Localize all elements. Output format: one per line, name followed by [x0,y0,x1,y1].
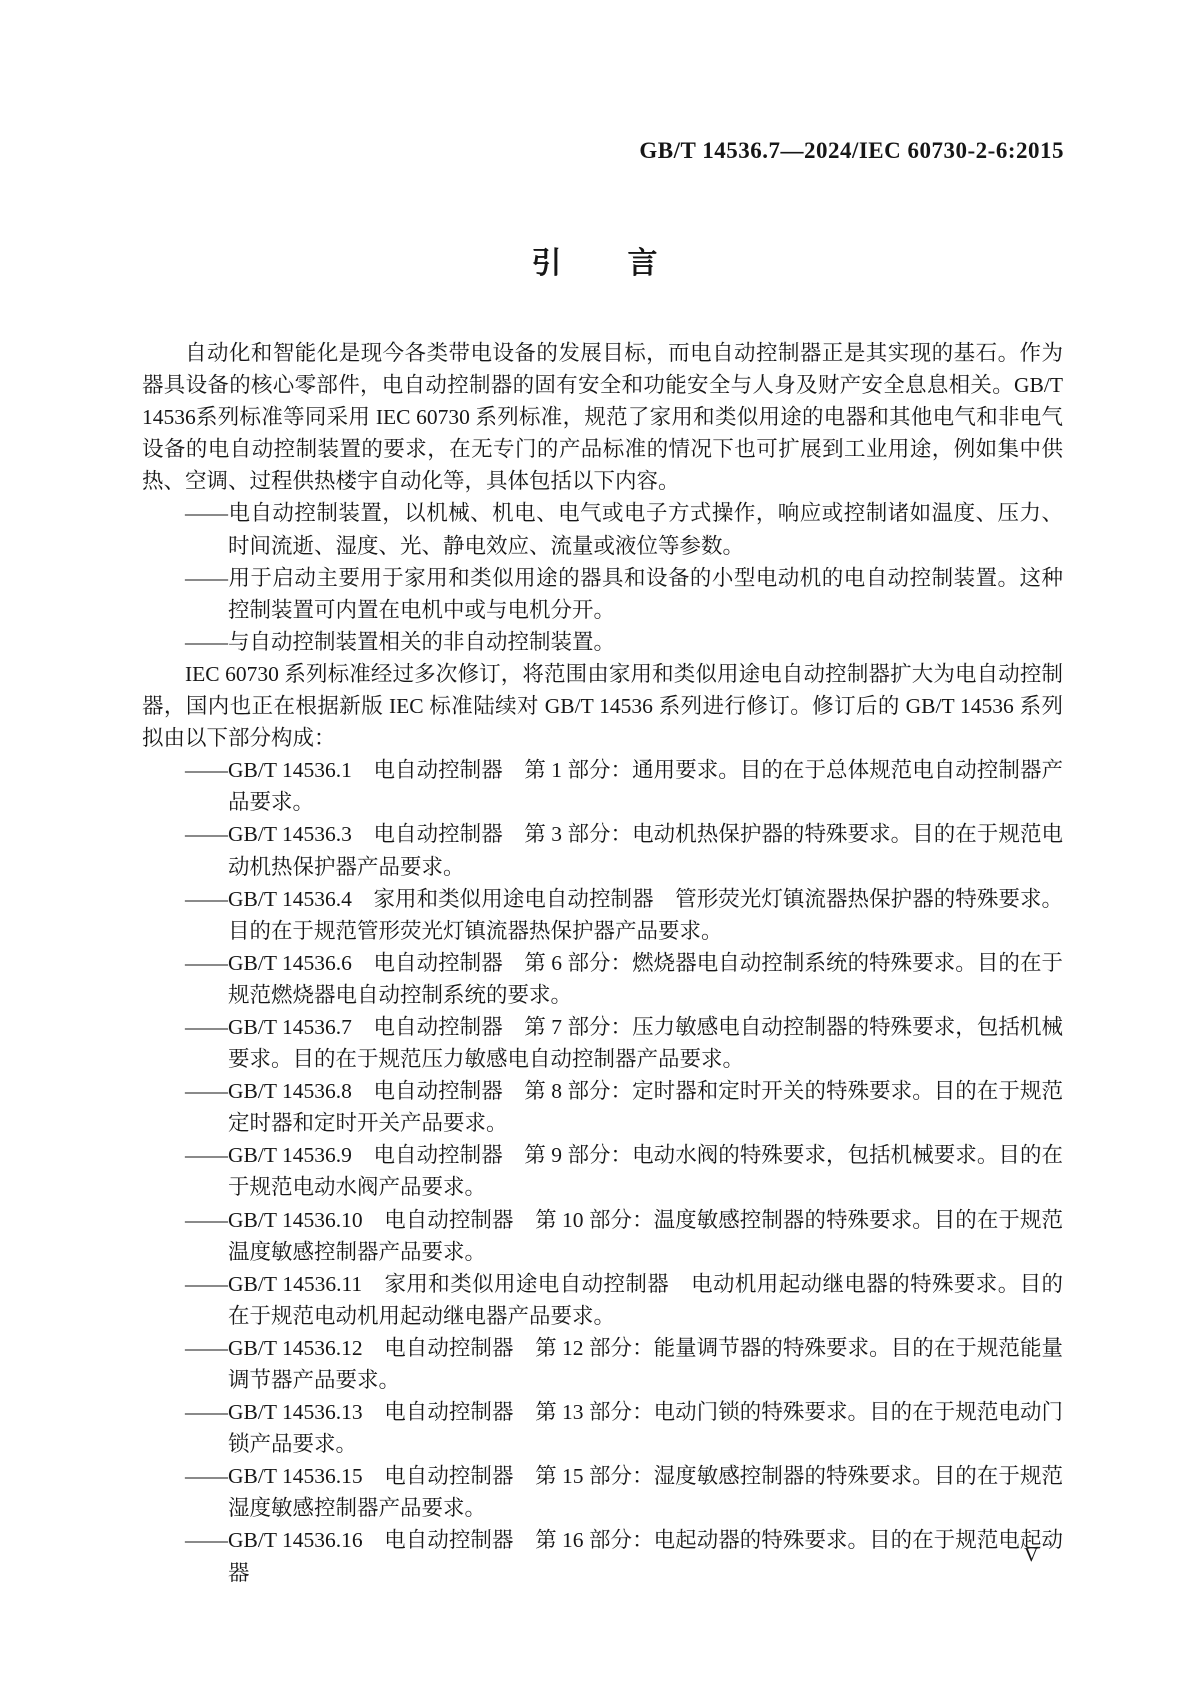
list-item: ——GB/T 14536.7 电自动控制器 第 7 部分：压力敏感电自动控制器的… [142,1011,1063,1075]
list-item: ——与自动控制装置相关的非自动控制装置。 [142,626,1063,658]
list-item: ——GB/T 14536.8 电自动控制器 第 8 部分：定时器和定时开关的特殊… [142,1075,1063,1139]
list-item: ——GB/T 14536.15 电自动控制器 第 15 部分：湿度敏感控制器的特… [142,1460,1063,1524]
list-item: ——GB/T 14536.12 电自动控制器 第 12 部分：能量调节器的特殊要… [142,1332,1063,1396]
list-item: ——GB/T 14536.10 电自动控制器 第 10 部分：温度敏感控制器的特… [142,1204,1063,1268]
document-body: 自动化和智能化是现今各类带电设备的发展目标，而电自动控制器正是其实现的基石。作为… [142,337,1063,1589]
list-item: ——GB/T 14536.6 电自动控制器 第 6 部分：燃烧器电自动控制系统的… [142,947,1063,1011]
page-number: V [1024,1544,1038,1567]
standard-code-header: GB/T 14536.7—2024/IEC 60730-2-6:2015 [639,138,1064,164]
document-page: GB/T 14536.7—2024/IEC 60730-2-6:2015 引 言… [0,0,1191,1685]
paragraph: 自动化和智能化是现今各类带电设备的发展目标，而电自动控制器正是其实现的基石。作为… [142,337,1063,497]
list-item: ——GB/T 14536.3 电自动控制器 第 3 部分：电动机热保护器的特殊要… [142,818,1063,882]
list-item: ——用于启动主要用于家用和类似用途的器具和设备的小型电动机的电自动控制装置。这种… [142,562,1063,626]
list-item: ——GB/T 14536.16 电自动控制器 第 16 部分：电起动器的特殊要求… [142,1524,1063,1588]
list-item: ——GB/T 14536.13 电自动控制器 第 13 部分：电动门锁的特殊要求… [142,1396,1063,1460]
list-item: ——GB/T 14536.4 家用和类似用途电自动控制器 管形荧光灯镇流器热保护… [142,883,1063,947]
paragraph: IEC 60730 系列标准经过多次修订，将范围由家用和类似用途电自动控制器扩大… [142,658,1063,754]
list-item: ——GB/T 14536.11 家用和类似用途电自动控制器 电动机用起动继电器的… [142,1268,1063,1332]
list-item: ——GB/T 14536.9 电自动控制器 第 9 部分：电动水阀的特殊要求，包… [142,1139,1063,1203]
list-item: ——电自动控制装置，以机械、机电、电气或电子方式操作，响应或控制诸如温度、压力、… [142,497,1063,561]
list-item: ——GB/T 14536.1 电自动控制器 第 1 部分：通用要求。目的在于总体… [142,754,1063,818]
page-title: 引 言 [0,238,1191,282]
